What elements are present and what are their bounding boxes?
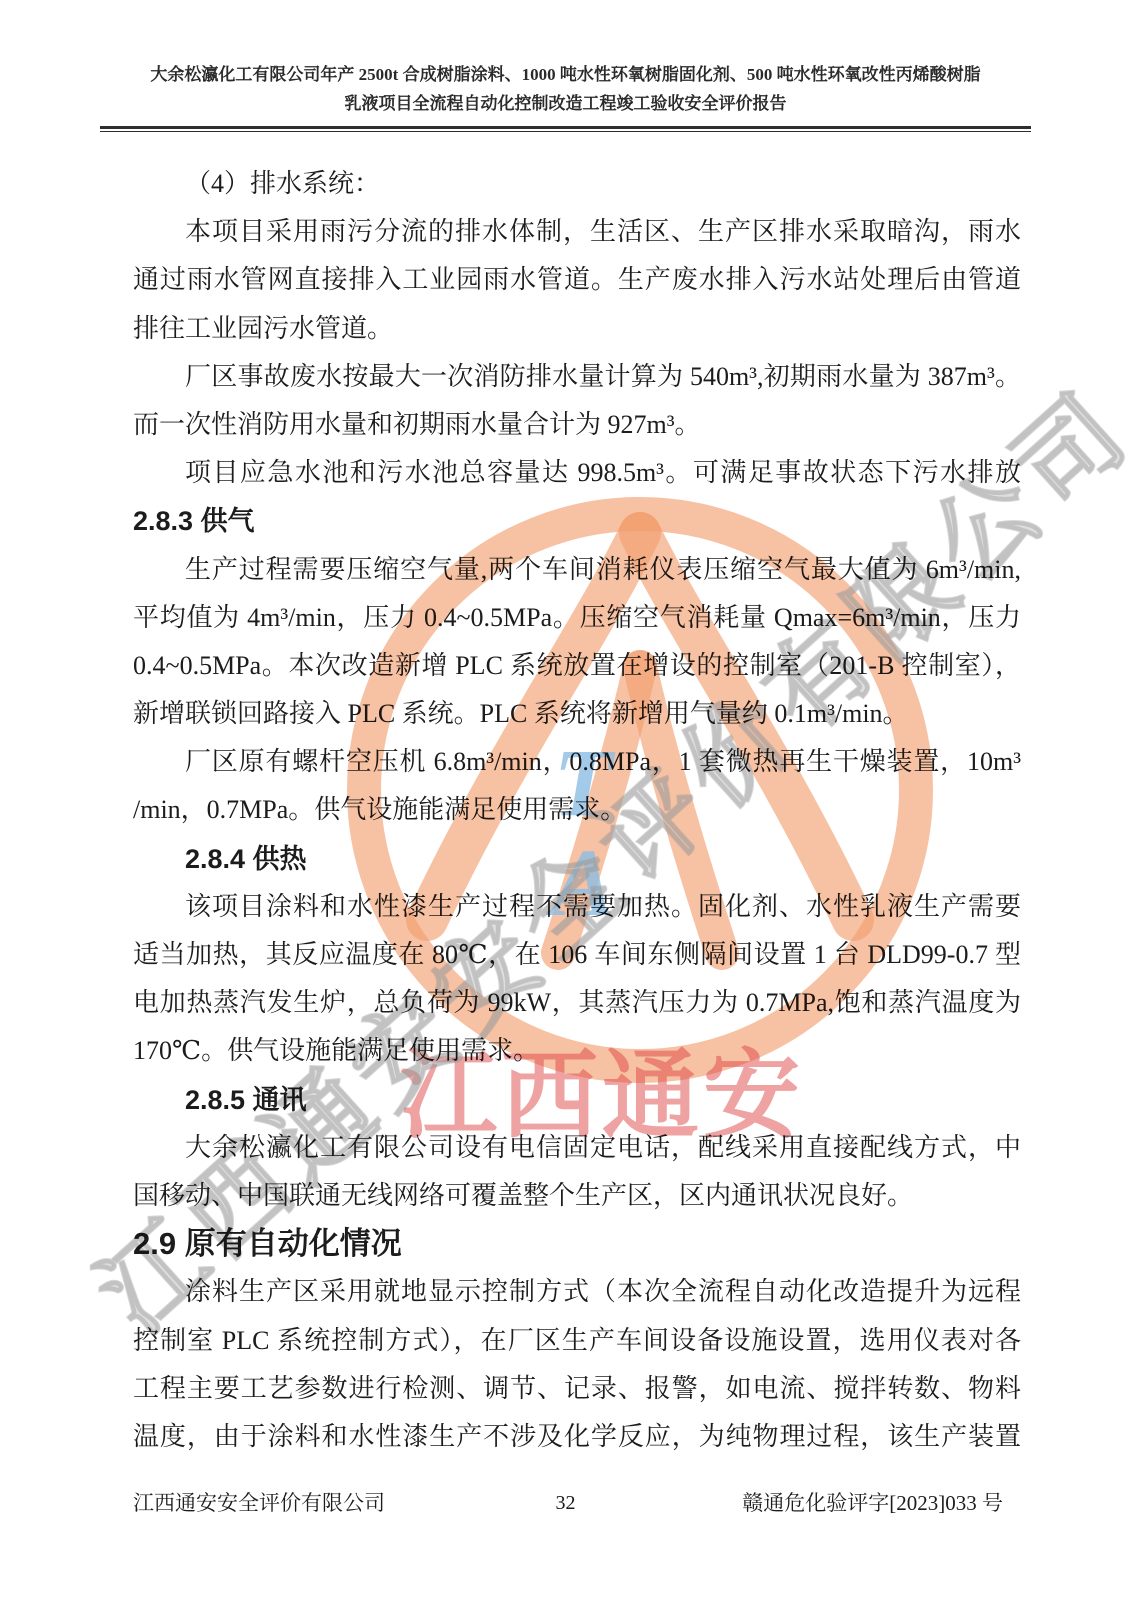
body-line: （4）排水系统：	[133, 160, 1021, 208]
section-heading: 2.8.4 供热	[133, 835, 1021, 883]
body-line: 厂区原有螺杆空压机 6.8m³/min，0.8MPa，1 套微热再生干燥装置，1…	[133, 738, 1021, 786]
body-line: 0.4~0.5MPa。本次改造新增 PLC 系统放置在增设的控制室（201-B …	[133, 642, 1021, 690]
body-line: 该项目涂料和水性漆生产过程不需要加热。固化剂、水性乳液生产需要	[133, 883, 1021, 931]
header-rule	[100, 126, 1031, 132]
footer-page-number: 32	[556, 1488, 576, 1518]
footer-doc-number: 赣通危化验评字[2023]033 号	[742, 1488, 1003, 1518]
body-line: 170℃。供气设施能满足使用需求。	[133, 1027, 1021, 1075]
body-line: 生产过程需要压缩空气量,两个车间消耗仪表压缩空气最大值为 6m³/min,	[133, 546, 1021, 594]
body-line: 电加热蒸汽发生炉，总负荷为 99kW，其蒸汽压力为 0.7MPa,饱和蒸汽温度为	[133, 979, 1021, 1027]
body-line: 新增联锁回路接入 PLC 系统。PLC 系统将新增用气量约 0.1m³/min。	[133, 690, 1021, 738]
section-heading: 2.8.5 通讯	[133, 1076, 1021, 1124]
body-line: 而一次性消防用水量和初期雨水量合计为 927m³。	[133, 401, 1021, 449]
body-line: 国移动、中国联通无线网络可覆盖整个生产区，区内通讯状况良好。	[133, 1172, 1021, 1220]
body-line: 大余松瀛化工有限公司设有电信固定电话，配线采用直接配线方式，中	[133, 1124, 1021, 1172]
body-line: 通过雨水管网直接排入工业园雨水管道。生产废水排入污水站处理后由管道	[133, 256, 1021, 304]
body-line: 控制室 PLC 系统控制方式），在厂区生产车间设备设施设置，选用仪表对各	[133, 1317, 1021, 1365]
body-line: 平均值为 4m³/min，压力 0.4~0.5MPa。压缩空气消耗量 Qmax=…	[133, 594, 1021, 642]
page-footer: 江西通安安全评价有限公司 32 赣通危化验评字[2023]033 号	[0, 1488, 1131, 1518]
body-line: /min，0.7MPa。供气设施能满足使用需求。	[133, 786, 1021, 834]
body-line: 排往工业园污水管道。	[133, 305, 1021, 353]
body-line: 厂区事故废水按最大一次消防排水量计算为 540m³,初期雨水量为 387m³。	[133, 353, 1021, 401]
footer-company: 江西通安安全评价有限公司	[133, 1488, 385, 1518]
header-title-line2: 乳液项目全流程自动化控制改造工程竣工验收安全评价报告	[100, 89, 1031, 118]
section-heading: 2.9 原有自动化情况	[133, 1220, 1021, 1268]
body-line: 涂料生产区采用就地显示控制方式（本次全流程自动化改造提升为远程	[133, 1268, 1021, 1316]
document-body: （4）排水系统：本项目采用雨污分流的排水体制，生活区、生产区排水采取暗沟，雨水通…	[0, 160, 1131, 1461]
body-line: 工程主要工艺参数进行检测、调节、记录、报警，如电流、搅拌转数、物料	[133, 1365, 1021, 1413]
page-header: 大余松瀛化工有限公司年产 2500t 合成树脂涂料、1000 吨水性环氧树脂固化…	[100, 60, 1031, 118]
body-line: 适当加热，其反应温度在 80℃，在 106 车间东侧隔间设置 1 台 DLD99…	[133, 931, 1021, 979]
body-line: 温度，由于涂料和水性漆生产不涉及化学反应，为纯物理过程，该生产装置	[133, 1413, 1021, 1461]
section-heading: 2.8.3 供气	[133, 497, 1021, 545]
document-page: 大余松瀛化工有限公司年产 2500t 合成树脂涂料、1000 吨水性环氧树脂固化…	[0, 0, 1131, 1600]
body-line: 项目应急水池和污水池总容量达 998.5m³。可满足事故状态下污水排放量。	[133, 449, 1021, 497]
header-title-line1: 大余松瀛化工有限公司年产 2500t 合成树脂涂料、1000 吨水性环氧树脂固化…	[100, 60, 1031, 89]
body-line: 本项目采用雨污分流的排水体制，生活区、生产区排水采取暗沟，雨水	[133, 208, 1021, 256]
